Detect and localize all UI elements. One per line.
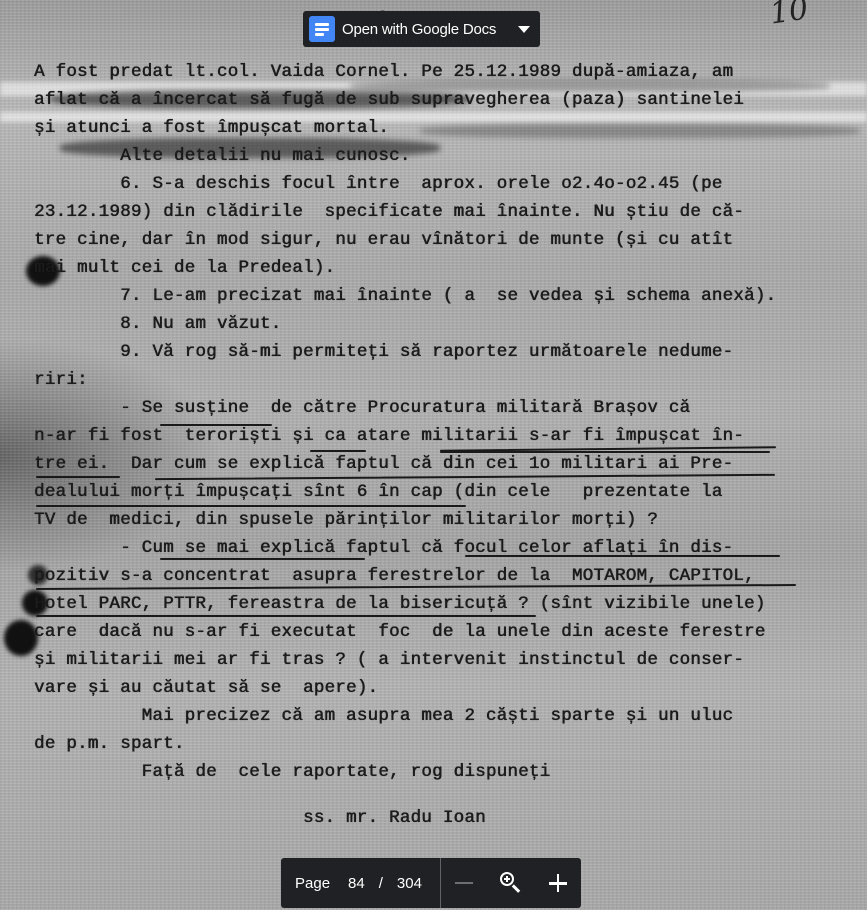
text-line: mai mult cei de la Predeal).: [34, 258, 335, 278]
pen-underline: [160, 558, 365, 560]
text-line: și militarii mei ar fi tras ? ( a interv…: [34, 650, 744, 670]
text-line: dealului morți împușcați sînt 6 în cap (…: [34, 482, 723, 502]
scanned-document-page: -2- 10 A fost predat lt.col. Vaida Corne…: [0, 0, 867, 910]
text-line: vare și au căutat să se apere).: [34, 678, 378, 698]
pen-underline: [160, 424, 272, 426]
text-line: 8. Nu am văzut.: [34, 314, 281, 334]
text-line: 7. Le-am precizat mai înainte ( a se ved…: [34, 286, 776, 306]
text-line: Față de cele raportate, rog dispuneți: [34, 762, 550, 782]
handwritten-number: 10: [768, 0, 811, 31]
pen-underline: [36, 505, 466, 507]
ink-blot: [4, 620, 38, 656]
page-label: Page: [295, 875, 330, 892]
google-docs-icon: [309, 16, 335, 42]
text-line: TV de medici, din spusele părinților mil…: [34, 510, 658, 530]
text-line: A fost predat lt.col. Vaida Cornel. Pe 2…: [34, 62, 733, 82]
text-line: Mai precizez că am asupra mea 2 căști sp…: [34, 706, 733, 726]
ink-smear: [420, 124, 860, 138]
caret-down-icon[interactable]: [518, 26, 530, 33]
text-line: n-ar fi fost teroriști și ca atare milit…: [34, 426, 744, 446]
pdf-viewer: -2- 10 A fost predat lt.col. Vaida Corne…: [0, 0, 867, 910]
text-line: 23.12.1989) din clădirile specificate ma…: [34, 202, 744, 222]
text-line: Hotel PARC, PTTR, fereastra de la biseri…: [34, 594, 766, 614]
zoom-controls: [441, 858, 581, 908]
pen-underline: [36, 476, 120, 478]
text-line: 9. Vă rog să-mi permiteți să raportez ur…: [34, 342, 733, 362]
total-pages: 304: [397, 875, 422, 892]
current-page-number[interactable]: 84: [348, 875, 365, 892]
page-indicator: Page 84 / 304: [281, 858, 441, 908]
page-separator: /: [379, 875, 383, 892]
text-line: și atunci a fost împușcat mortal.: [34, 118, 389, 138]
pen-underline: [36, 615, 536, 617]
text-line: de p.m. spart.: [34, 734, 185, 754]
pen-underline: [310, 450, 366, 452]
minus-icon: [455, 882, 473, 885]
text-line: - Se susține de către Procuratura milita…: [34, 398, 690, 418]
pen-underline: [465, 555, 780, 557]
page-controls-toolbar: Page 84 / 304: [281, 858, 581, 908]
open-with-label: Open with Google Docs: [342, 21, 496, 38]
text-line: tre cine, dar în mod sigur, nu erau vînă…: [34, 230, 733, 250]
pen-underline: [155, 474, 775, 480]
text-line: Alte detalii nu mai cunosc.: [34, 146, 411, 166]
text-line: care dacă nu s-ar fi executat foc de la …: [34, 622, 766, 642]
text-line: 6. S-a deschis focul între aprox. orele …: [34, 174, 723, 194]
zoom-out-button[interactable]: [449, 868, 479, 898]
text-line: pozitiv s-a concentrat asupra ferestrelo…: [34, 566, 755, 586]
pen-underline: [440, 451, 770, 453]
text-line: aflat că a încercat să fugă de sub supra…: [34, 90, 744, 110]
zoom-in-button[interactable]: [543, 868, 573, 898]
zoom-reset-button[interactable]: [496, 868, 526, 898]
open-with-google-docs-button[interactable]: Open with Google Docs: [303, 11, 540, 47]
text-line: tre ei. Dar cum se explică faptul că din…: [34, 454, 733, 474]
signature-line: ss. mr. Radu Ioan: [34, 808, 486, 828]
text-line: riri:: [34, 370, 88, 390]
